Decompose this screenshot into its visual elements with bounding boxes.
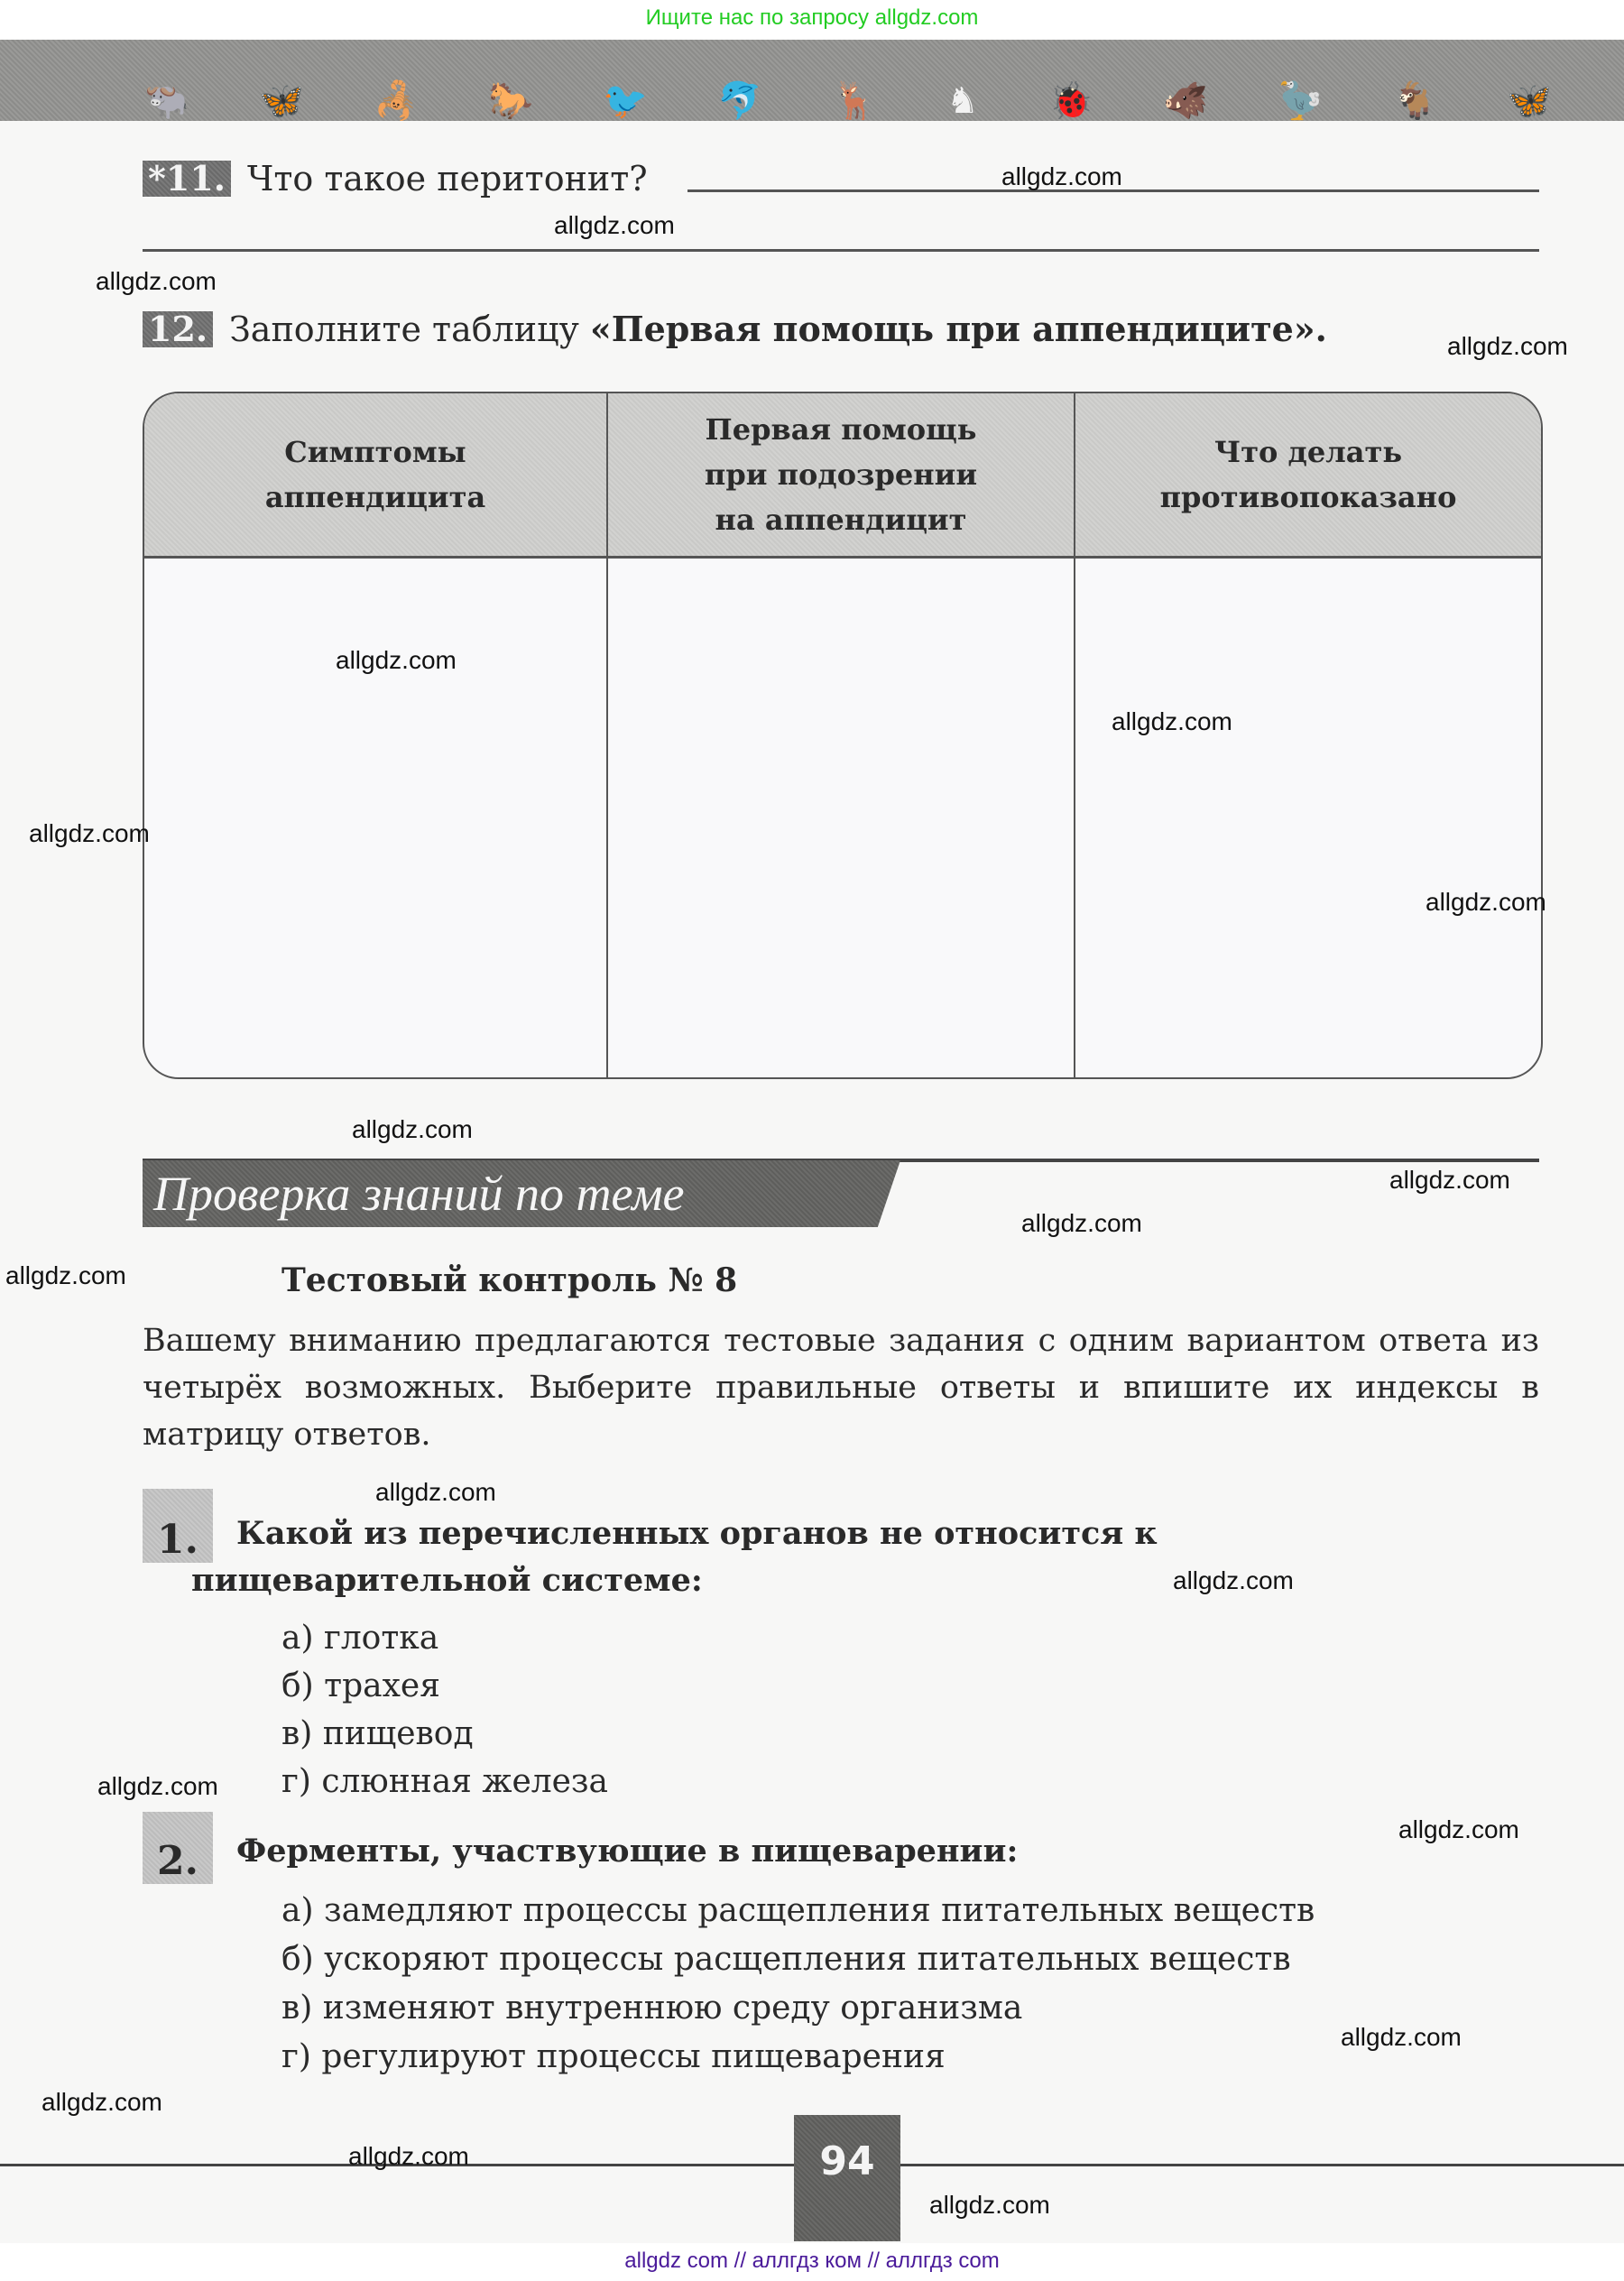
butterfly-icon: 🦋 (1507, 83, 1552, 119)
watermark: allgdz.com (1426, 888, 1546, 917)
watermark: allgdz.com (352, 1115, 473, 1144)
question-number-badge: 2. (143, 1812, 213, 1884)
watermark: allgdz.com (42, 2088, 162, 2117)
task-question: Что такое перитонит? (247, 159, 648, 199)
table-cell-symptoms[interactable] (144, 559, 606, 1077)
test-instructions: Вашему вниманию предлагаются тестовые за… (143, 1317, 1539, 1458)
horse-icon: 🐎 (488, 83, 533, 119)
column-header-text: Что делатьпротивопоказано (1160, 429, 1457, 520)
watermark: allgdz.com (1447, 332, 1568, 361)
watermark: allgdz.com (96, 267, 217, 296)
watermark: allgdz.com (1398, 1815, 1519, 1844)
bison-icon: 🐃 (144, 83, 189, 119)
watermark: allgdz.com (1173, 1566, 1294, 1595)
watermark: allgdz.com (1341, 2023, 1462, 2052)
task-11: *11. Что такое перитонит? (143, 159, 648, 199)
task-12: 12. Заполните таблицу «Первая помощь при… (143, 309, 1327, 349)
task-number-badge: 12. (143, 311, 213, 347)
dolphin-icon: 🐬 (717, 83, 762, 119)
boar-icon: 🐗 (1163, 83, 1208, 119)
column-header-text: Первая помощьпри подозрениина аппендицит (705, 407, 977, 542)
answer-option[interactable]: в) изменяют внутреннюю среду организма (281, 1985, 1022, 2032)
seahorse-icon: ♞ (946, 83, 979, 119)
column-header-symptoms: Симптомыаппендицита (144, 393, 606, 556)
answer-option[interactable]: б) ускоряют процессы расщепления питател… (281, 1936, 1291, 1983)
watermark: allgdz.com (1021, 1209, 1142, 1238)
column-header-contraindicated: Что делатьпротивопоказано (1075, 393, 1541, 556)
table-cell-contraindicated[interactable] (1075, 559, 1541, 1077)
bottom-promo-link[interactable]: allgdz com // аллгдз ком // аллгдз com (0, 2249, 1624, 2274)
watermark: allgdz.com (5, 1261, 126, 1290)
answer-option[interactable]: г) слюнная железа (281, 1759, 608, 1805)
page-number: 94 (794, 2115, 900, 2241)
watermark: allgdz.com (1001, 162, 1122, 191)
watermark: allgdz.com (375, 1478, 496, 1507)
answer-option[interactable]: г) регулируют процессы пищеварения (281, 2034, 946, 2081)
antelope-icon: 🦌 (832, 83, 877, 119)
question-text: Ферменты, участвующие в пищеварении: (236, 1828, 1539, 1875)
column-header-first-aid: Первая помощьпри подозрениина аппендицит (608, 393, 1074, 556)
answer-option[interactable]: в) пищевод (281, 1711, 474, 1758)
task-instruction-bold: «Первая помощь при аппендиците». (590, 309, 1327, 349)
answer-option[interactable]: а) замедляют процессы расщепления питате… (281, 1888, 1315, 1935)
watermark: allgdz.com (348, 2142, 469, 2171)
watermark: allgdz.com (554, 211, 675, 240)
animal-silhouettes: 🐃 🦋 🦂 🐎 🐦 🐬 🦌 ♞ 🐞 🐗 🦤 🐐 🦋 (144, 76, 1552, 119)
column-header-text: Симптомыаппендицита (265, 429, 485, 520)
task-number-badge: *11. (143, 161, 231, 197)
ostrich-icon: 🦤 (1278, 83, 1323, 119)
task-instruction-plain: Заполните таблицу (229, 309, 590, 349)
bird-icon: 🐦 (603, 83, 648, 119)
answer-line[interactable] (143, 249, 1539, 252)
goat-icon: 🐐 (1392, 83, 1437, 119)
question-number: 2. (157, 1838, 198, 1884)
watermark: allgdz.com (336, 646, 457, 675)
watermark: allgdz.com (929, 2191, 1050, 2220)
question-text: Какой из перечисленных органов не относи… (191, 1510, 1494, 1604)
section-title: Проверка знаний по теме (153, 1160, 685, 1227)
task-instruction: Заполните таблицу «Первая помощь при апп… (229, 309, 1327, 349)
watermark: allgdz.com (1112, 707, 1232, 736)
footer-rule (900, 2164, 1624, 2166)
watermark: allgdz.com (97, 1772, 218, 1801)
butterfly-icon: 🦋 (259, 83, 304, 119)
scorpion-icon: 🦂 (374, 83, 419, 119)
table-cell-first-aid[interactable] (608, 559, 1074, 1077)
insect-icon: 🐞 (1048, 83, 1093, 119)
answer-option[interactable]: а) глотка (281, 1615, 438, 1662)
test-title: Тестовый контроль № 8 (281, 1261, 737, 1299)
watermark: allgdz.com (29, 819, 150, 848)
watermark: allgdz.com (1389, 1166, 1510, 1195)
answer-option[interactable]: б) трахея (281, 1663, 440, 1710)
first-aid-table: Симптомыаппендицита Первая помощьпри под… (143, 392, 1543, 1079)
top-promo-link[interactable]: Ищите нас по запросу allgdz.com (0, 5, 1624, 31)
